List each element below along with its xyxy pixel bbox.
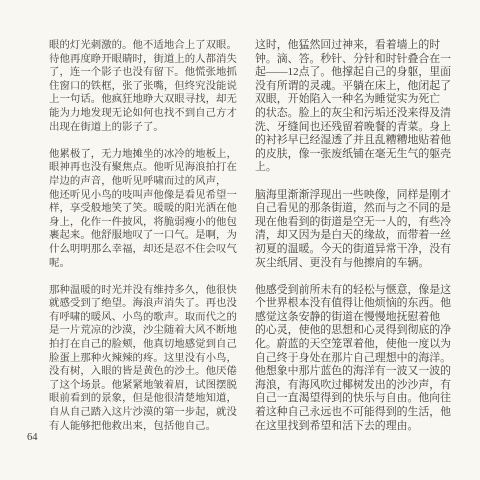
paragraph: 脑海里渐渐浮现出一些映像，同样是刚才 自己看见的那条街道，然而与之不同的是 现在… [255, 189, 453, 271]
book-page: 眼的灯光刺激的。他不适地合上了双眼。 待他再度睁开眼睛时，街道上的人都消失 了，… [0, 0, 480, 480]
paragraph: 他感受到前所未有的轻松与惬意，像是这 个世界根本没有值得让他烦恼的东西。他 感觉… [255, 284, 453, 434]
paragraph: 那种温暖的时光并没有维持多久，他很快 就感受到了绝望。海浪声消失了。再也没 有呼… [49, 284, 241, 434]
left-text-column: 眼的灯光刺激的。他不适地合上了双眼。 待他再度睁开眼睛时，街道上的人都消失 了，… [49, 39, 241, 447]
paragraph: 这时，他猛然回过神来，看着墙上的时 钟。滴、答。秒针、分针和时针叠合在一 起——… [255, 39, 453, 175]
paragraph: 他累极了，无力地摊坐的冰冷的地板上， 眼神再也没有聚焦点。他听见海浪拍打在 岸边… [49, 148, 241, 270]
page-number: 64 [27, 432, 38, 444]
right-text-column: 这时，他猛然回过神来，看着墙上的时 钟。滴、答。秒针、分针和时针叠合在一 起——… [255, 39, 453, 447]
paragraph: 眼的灯光刺激的。他不适地合上了双眼。 待他再度睁开眼睛时，街道上的人都消失 了，… [49, 39, 241, 134]
